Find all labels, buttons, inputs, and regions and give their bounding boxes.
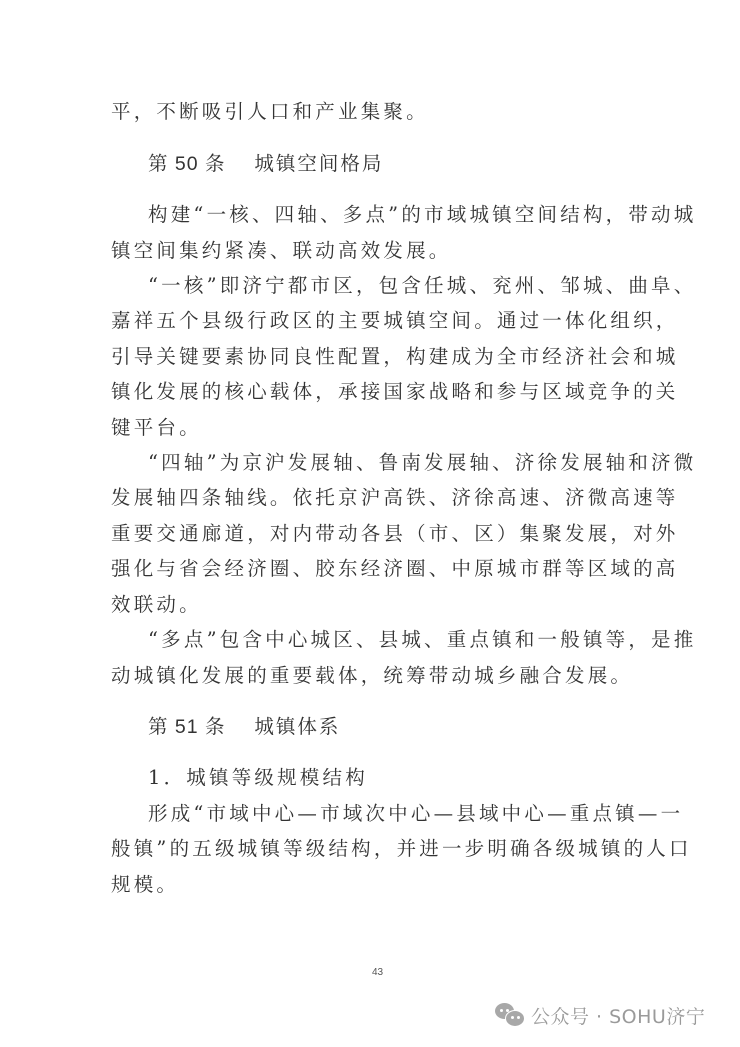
paragraph-line: 效联动。 [111, 593, 631, 617]
paragraph-line: “多点”包含中心城区、县城、重点镇和一般镇等，是推 [148, 628, 668, 652]
paragraph-line: 形成“市域中心—市域次中心—县域中心—重点镇—一 [148, 802, 668, 826]
paragraph-line: 构建“一核、四轴、多点”的市域城镇空间结构，带动城 [148, 203, 668, 227]
wechat-icon [495, 1003, 525, 1027]
article-number: 第 51 条 [148, 716, 226, 738]
article-title: 城镇体系 [254, 715, 340, 738]
page-number: 43 [372, 967, 383, 978]
paragraph-line: 重要交通廊道，对内带动各县（市、区）集聚发展，对外 [111, 522, 631, 546]
paragraph-line: “四轴”为京沪发展轴、鲁南发展轴、济徐发展轴和济微 [148, 451, 668, 475]
paragraph-line: 键平台。 [111, 416, 631, 440]
paragraph-line: 1．城镇等级规模结构 [148, 766, 668, 790]
paragraph-line: 镇空间集约紧凑、联动高效发展。 [111, 239, 631, 263]
paragraph-line: “一核”即济宁都市区，包含任城、兖州、邹城、曲阜、 [148, 274, 668, 298]
paragraph-line: 动城镇化发展的重要载体，统筹带动城乡融合发展。 [111, 664, 631, 688]
article-heading: 第 51 条 城镇体系 [148, 715, 668, 739]
paragraph-line: 平，不断吸引人口和产业集聚。 [111, 100, 631, 124]
document-page: 平，不断吸引人口和产业集聚。第 50 条 城镇空间格局构建“一核、四轴、多点”的… [0, 0, 740, 1047]
article-heading: 第 50 条 城镇空间格局 [148, 152, 668, 176]
paragraph-line: 强化与省会经济圈、胶东经济圈、中原城市群等区域的高 [111, 557, 631, 581]
paragraph-line: 规模。 [111, 873, 631, 897]
paragraph-line: 引导关键要素协同良性配置，构建成为全市经济社会和城 [111, 345, 631, 369]
article-number: 第 50 条 [148, 153, 226, 175]
watermark: 公众号 · SOHU济宁 [495, 1000, 705, 1030]
watermark-text: 公众号 · SOHU济宁 [531, 1002, 705, 1029]
paragraph-line: 嘉祥五个县级行政区的主要城镇空间。通过一体化组织， [111, 309, 631, 333]
paragraph-line: 发展轴四条轴线。依托京沪高铁、济徐高速、济微高速等 [111, 486, 631, 510]
paragraph-line: 般镇”的五级城镇等级结构，并进一步明确各级城镇的人口 [111, 837, 631, 861]
article-title: 城镇空间格局 [254, 152, 383, 175]
paragraph-line: 镇化发展的核心载体，承接国家战略和参与区域竞争的关 [111, 380, 631, 404]
